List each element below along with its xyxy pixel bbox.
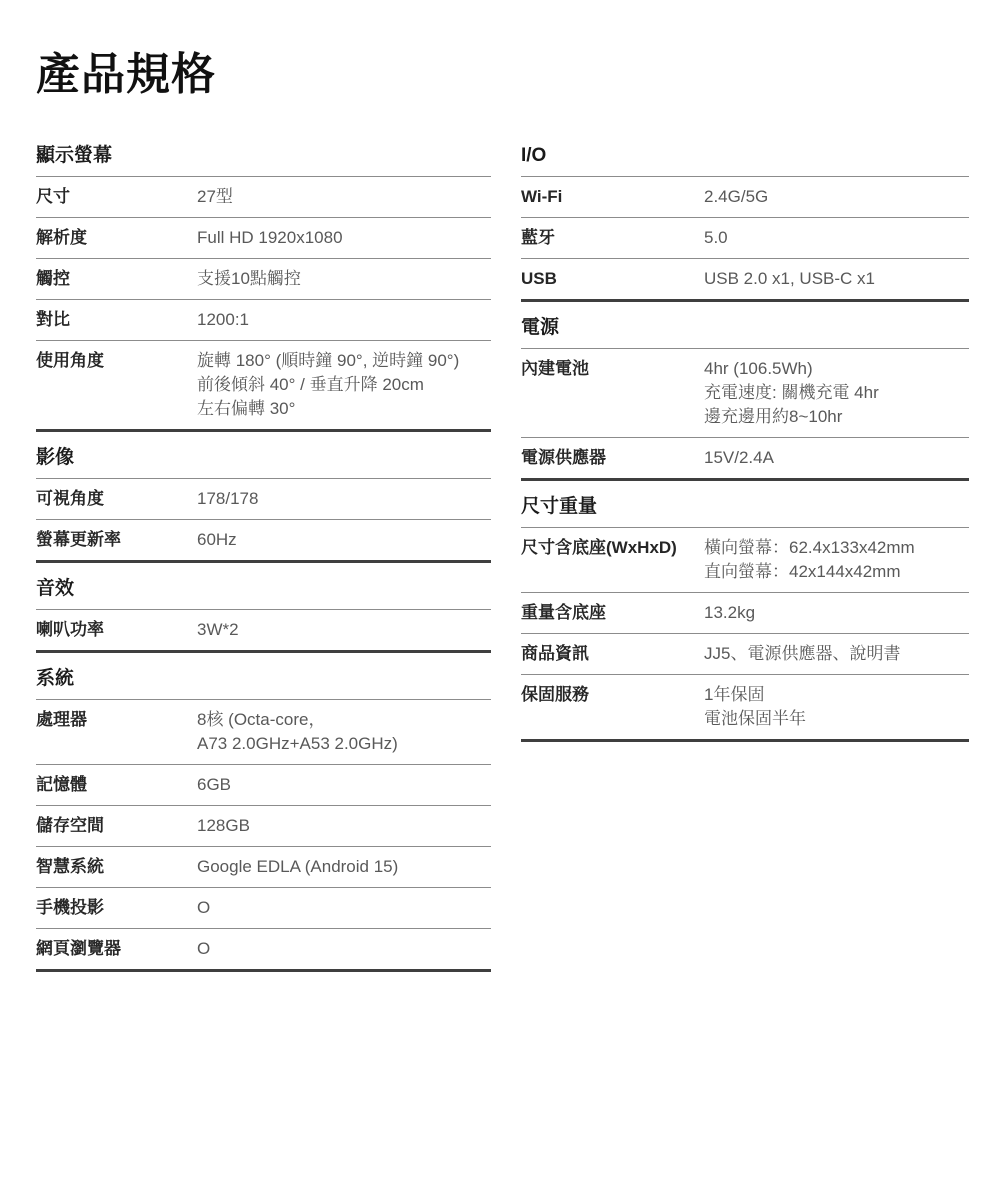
spec-value-line: 電池保固半年 xyxy=(704,707,969,731)
spec-value: 8核 (Octa-core，A73 2.0GHz+A53 2.0GHz) xyxy=(197,708,491,756)
spec-label: 觸控 xyxy=(36,267,197,291)
spec-label: 尺寸 xyxy=(36,185,197,209)
spec-row: 尺寸含底座(WxHxD)橫向螢幕：62.4x133x42mm直向螢幕：42x14… xyxy=(521,528,969,593)
spec-label: 藍牙 xyxy=(521,226,704,250)
spec-label: 保固服務 xyxy=(521,683,704,707)
spec-row: 對比1200:1 xyxy=(36,300,491,341)
spec-row: 解析度Full HD 1920x1080 xyxy=(36,218,491,259)
spec-row: 使用角度旋轉 180° (順時鐘 90°, 逆時鐘 90°)前後傾斜 40° /… xyxy=(36,341,491,429)
spec-row: 尺寸27型 xyxy=(36,177,491,218)
spec-section: 尺寸重量尺寸含底座(WxHxD)橫向螢幕：62.4x133x42mm直向螢幕：4… xyxy=(521,481,969,742)
spec-value: 6GB xyxy=(197,773,491,797)
spec-label: 商品資訊 xyxy=(521,642,704,666)
spec-value: 旋轉 180° (順時鐘 90°, 逆時鐘 90°)前後傾斜 40° / 垂直升… xyxy=(197,349,491,421)
spec-columns: 顯示螢幕尺寸27型解析度Full HD 1920x1080觸控支援10點觸控對比… xyxy=(36,130,968,972)
spec-value: 4hr (106.5Wh)充電速度: 關機充電 4hr邊充邊用約8~10hr xyxy=(704,357,969,429)
spec-section: 音效喇叭功率3W*2 xyxy=(36,563,491,653)
spec-row: 藍牙5.0 xyxy=(521,218,969,259)
spec-value-line: 6GB xyxy=(197,773,491,797)
spec-row: 智慧系統Google EDLA (Android 15) xyxy=(36,847,491,888)
spec-label: 處理器 xyxy=(36,708,197,732)
spec-label: 手機投影 xyxy=(36,896,197,920)
spec-value: 1200:1 xyxy=(197,308,491,332)
spec-label: 儲存空間 xyxy=(36,814,197,838)
spec-value-line: 128GB xyxy=(197,814,491,838)
spec-value-line: 3W*2 xyxy=(197,618,491,642)
spec-value-line: O xyxy=(197,896,491,920)
spec-label: 可視角度 xyxy=(36,487,197,511)
spec-value-line: 1200:1 xyxy=(197,308,491,332)
spec-value: Google EDLA (Android 15) xyxy=(197,855,491,879)
spec-value: 2.4G/5G xyxy=(704,185,969,209)
spec-value-line: A73 2.0GHz+A53 2.0GHz) xyxy=(197,732,491,756)
spec-value-line: 充電速度: 關機充電 4hr xyxy=(704,381,969,405)
spec-row: 電源供應器15V/2.4A xyxy=(521,438,969,478)
section-header: 音效 xyxy=(36,563,491,610)
section-header: 顯示螢幕 xyxy=(36,130,491,177)
page-title: 產品規格 xyxy=(36,50,968,100)
product-spec-page: 產品規格 顯示螢幕尺寸27型解析度Full HD 1920x1080觸控支援10… xyxy=(0,0,1000,972)
spec-label: 網頁瀏覽器 xyxy=(36,937,197,961)
spec-value-line: 直向螢幕：42x144x42mm xyxy=(704,560,969,584)
spec-label: USB xyxy=(521,267,704,291)
spec-value-line: Full HD 1920x1080 xyxy=(197,226,491,250)
spec-row: 喇叭功率3W*2 xyxy=(36,610,491,650)
spec-label: 使用角度 xyxy=(36,349,197,373)
spec-label: 對比 xyxy=(36,308,197,332)
spec-row: 螢幕更新率60Hz xyxy=(36,520,491,560)
spec-value-line: 15V/2.4A xyxy=(704,446,969,470)
spec-column-left: 顯示螢幕尺寸27型解析度Full HD 1920x1080觸控支援10點觸控對比… xyxy=(36,130,491,972)
spec-value: 27型 xyxy=(197,185,491,209)
spec-value-line: 8核 (Octa-core， xyxy=(197,708,491,732)
spec-row: Wi-Fi2.4G/5G xyxy=(521,177,969,218)
spec-column-right: I/OWi-Fi2.4G/5G藍牙5.0USBUSB 2.0 x1, USB-C… xyxy=(521,130,969,742)
spec-value: USB 2.0 x1, USB-C x1 xyxy=(704,267,969,291)
spec-value-line: 27型 xyxy=(197,185,491,209)
spec-value-line: USB 2.0 x1, USB-C x1 xyxy=(704,267,969,291)
spec-section: 顯示螢幕尺寸27型解析度Full HD 1920x1080觸控支援10點觸控對比… xyxy=(36,130,491,432)
spec-row: 重量含底座13.2kg xyxy=(521,593,969,634)
spec-value-line: 2.4G/5G xyxy=(704,185,969,209)
spec-value: JJ5、電源供應器、說明書 xyxy=(704,642,969,666)
spec-label: 螢幕更新率 xyxy=(36,528,197,552)
spec-row: 記憶體6GB xyxy=(36,765,491,806)
spec-label: 智慧系統 xyxy=(36,855,197,879)
spec-label: 尺寸含底座(WxHxD) xyxy=(521,536,704,560)
section-header: 電源 xyxy=(521,302,969,349)
spec-value-line: 5.0 xyxy=(704,226,969,250)
section-header: 尺寸重量 xyxy=(521,481,969,528)
spec-row: 可視角度178/178 xyxy=(36,479,491,520)
spec-row: 內建電池4hr (106.5Wh)充電速度: 關機充電 4hr邊充邊用約8~10… xyxy=(521,349,969,438)
spec-row: 儲存空間128GB xyxy=(36,806,491,847)
spec-label: Wi-Fi xyxy=(521,185,704,209)
spec-row: USBUSB 2.0 x1, USB-C x1 xyxy=(521,259,969,299)
spec-row: 商品資訊JJ5、電源供應器、說明書 xyxy=(521,634,969,675)
spec-value-line: 178/178 xyxy=(197,487,491,511)
spec-value: 橫向螢幕：62.4x133x42mm直向螢幕：42x144x42mm xyxy=(704,536,969,584)
spec-value: 178/178 xyxy=(197,487,491,511)
spec-value: Full HD 1920x1080 xyxy=(197,226,491,250)
spec-value-line: 支援10點觸控 xyxy=(197,267,491,291)
spec-value: 128GB xyxy=(197,814,491,838)
spec-label: 重量含底座 xyxy=(521,601,704,625)
spec-row: 網頁瀏覽器O xyxy=(36,929,491,969)
spec-value: 13.2kg xyxy=(704,601,969,625)
spec-value: O xyxy=(197,937,491,961)
spec-value-line: 左右偏轉 30° xyxy=(197,397,491,421)
spec-row: 保固服務1年保固電池保固半年 xyxy=(521,675,969,739)
spec-value: 5.0 xyxy=(704,226,969,250)
spec-value-line: JJ5、電源供應器、說明書 xyxy=(704,642,969,666)
spec-label: 喇叭功率 xyxy=(36,618,197,642)
spec-value-line: 橫向螢幕：62.4x133x42mm xyxy=(704,536,969,560)
section-header: I/O xyxy=(521,130,969,177)
spec-value-line: 邊充邊用約8~10hr xyxy=(704,405,969,429)
spec-section: 電源內建電池4hr (106.5Wh)充電速度: 關機充電 4hr邊充邊用約8~… xyxy=(521,302,969,481)
spec-value-line: 1年保固 xyxy=(704,683,969,707)
spec-row: 觸控支援10點觸控 xyxy=(36,259,491,300)
spec-value: 60Hz xyxy=(197,528,491,552)
spec-label: 電源供應器 xyxy=(521,446,704,470)
spec-label: 內建電池 xyxy=(521,357,704,381)
spec-value: 支援10點觸控 xyxy=(197,267,491,291)
spec-value-line: 4hr (106.5Wh) xyxy=(704,357,969,381)
spec-value-line: 60Hz xyxy=(197,528,491,552)
spec-value: 1年保固電池保固半年 xyxy=(704,683,969,731)
spec-label: 解析度 xyxy=(36,226,197,250)
spec-value: 3W*2 xyxy=(197,618,491,642)
spec-value: O xyxy=(197,896,491,920)
spec-value-line: 13.2kg xyxy=(704,601,969,625)
spec-value-line: 旋轉 180° (順時鐘 90°, 逆時鐘 90°) xyxy=(197,349,491,373)
spec-value-line: 前後傾斜 40° / 垂直升降 20cm xyxy=(197,373,491,397)
spec-value-line: Google EDLA (Android 15) xyxy=(197,855,491,879)
spec-label: 記憶體 xyxy=(36,773,197,797)
spec-value: 15V/2.4A xyxy=(704,446,969,470)
spec-row: 手機投影O xyxy=(36,888,491,929)
spec-section: I/OWi-Fi2.4G/5G藍牙5.0USBUSB 2.0 x1, USB-C… xyxy=(521,130,969,302)
section-header: 系統 xyxy=(36,653,491,700)
section-header: 影像 xyxy=(36,432,491,479)
spec-row: 處理器8核 (Octa-core，A73 2.0GHz+A53 2.0GHz) xyxy=(36,700,491,765)
spec-section: 影像可視角度178/178螢幕更新率60Hz xyxy=(36,432,491,563)
spec-section: 系統處理器8核 (Octa-core，A73 2.0GHz+A53 2.0GHz… xyxy=(36,653,491,972)
spec-value-line: O xyxy=(197,937,491,961)
